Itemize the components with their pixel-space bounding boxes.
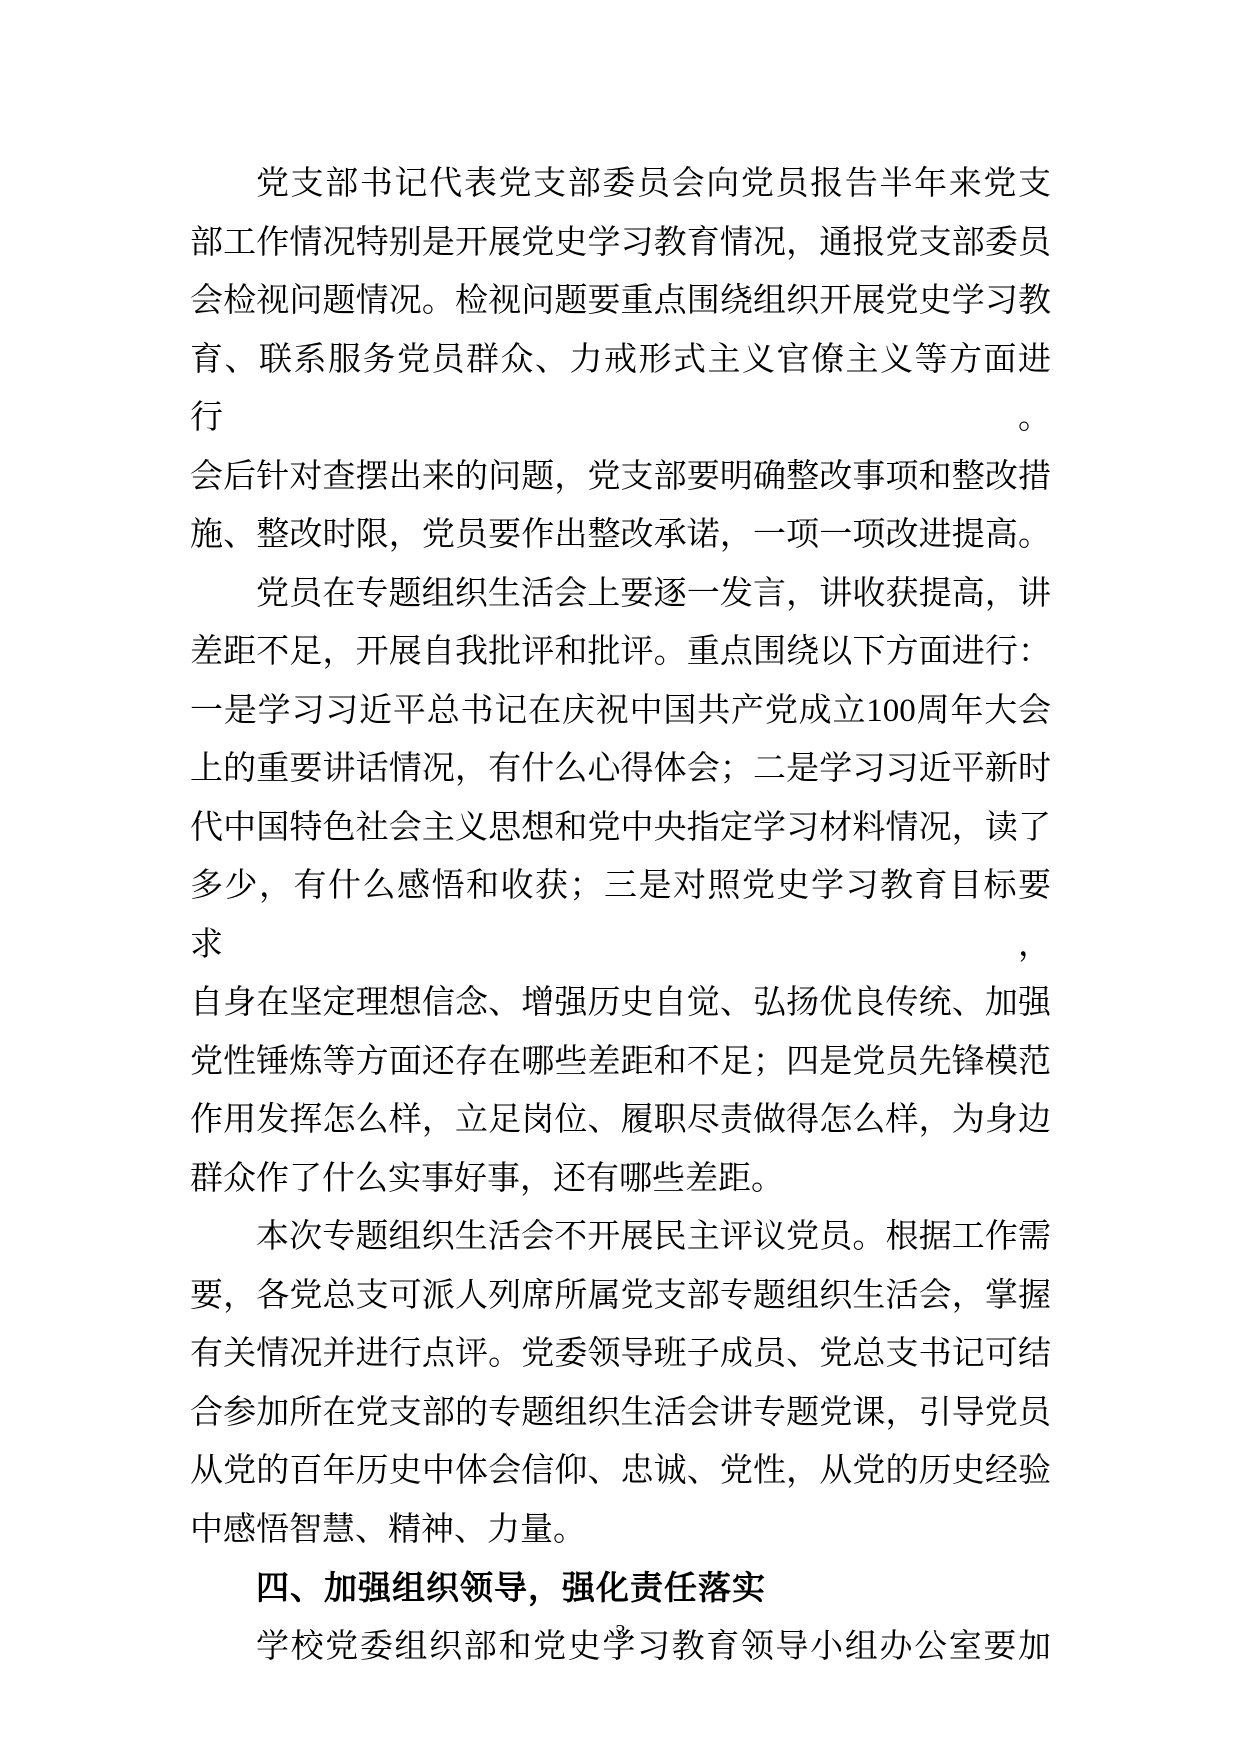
document-page: 党支部书记代表党支部委员会向党员报告半年来党支 部工作情况特别是开展党史学习教育… — [0, 0, 1241, 1755]
page-footer: 3 — [0, 1620, 1241, 1645]
text-line: 党性锤炼等方面还存在哪些差距和不足；四是党员先锋模范 — [190, 1033, 1051, 1092]
text-line: 育、联系服务党员群众、力戒形式主义官僚主义等方面进行。 — [190, 331, 1051, 448]
text-line: 中感悟智慧、精神、力量。 — [190, 1501, 1051, 1560]
text-line: 施、整改时限，党员要作出整改承诺，一项一项改进提高。 — [190, 506, 1051, 565]
text-line: 合参加所在党支部的专题组织生活会讲专题党课，引导党员 — [190, 1384, 1051, 1443]
text-line: 群众作了什么实事好事，还有哪些差距。 — [190, 1150, 1051, 1209]
section-heading-4: 四、加强组织领导，强化责任落实 — [190, 1559, 1051, 1618]
text-line: 部工作情况特别是开展党史学习教育情况，通报党支部委员 — [190, 214, 1051, 273]
text-line: 作用发挥怎么样，立足岗位、履职尽责做得怎么样，为身边 — [190, 1091, 1051, 1150]
text-line: 差距不足，开展自我批评和批评。重点围绕以下方面进行： — [190, 623, 1051, 682]
paragraph-member-speech: 党员在专题组织生活会上要逐一发言，讲收获提高，讲 差距不足，开展自我批评和批评。… — [190, 565, 1051, 1209]
paragraph-no-democratic-review: 本次专题组织生活会不开展民主评议党员。根据工作需 要，各党总支可派人列席所属党支… — [190, 1208, 1051, 1559]
text-line: 党员在专题组织生活会上要逐一发言，讲收获提高，讲 — [190, 565, 1051, 624]
text-line: 有关情况并进行点评。党委领导班子成员、党总支书记可结 — [190, 1325, 1051, 1384]
text-line: 会检视问题情况。检视问题要重点围绕组织开展党史学习教 — [190, 272, 1051, 331]
text-line: 从党的百年历史中体会信仰、忠诚、党性，从党的历史经验 — [190, 1442, 1051, 1501]
page-number: 3 — [615, 1620, 626, 1644]
text-line: 一是学习习近平总书记在庆祝中国共产党成立100周年大会 — [190, 682, 1051, 741]
document-body: 党支部书记代表党支部委员会向党员报告半年来党支 部工作情况特别是开展党史学习教育… — [190, 155, 1051, 1676]
text-line: 会后针对查摆出来的问题，党支部要明确整改事项和整改措 — [190, 448, 1051, 507]
text-line: 党支部书记代表党支部委员会向党员报告半年来党支 — [190, 155, 1051, 214]
text-line: 本次专题组织生活会不开展民主评议党员。根据工作需 — [190, 1208, 1051, 1267]
text-line: 代中国特色社会主义思想和党中央指定学习材料情况，读了 — [190, 799, 1051, 858]
text-line: 要，各党总支可派人列席所属党支部专题组织生活会，掌握 — [190, 1267, 1051, 1326]
text-line: 多少，有什么感悟和收获；三是对照党史学习教育目标要求， — [190, 857, 1051, 974]
paragraph-branch-report: 党支部书记代表党支部委员会向党员报告半年来党支 部工作情况特别是开展党史学习教育… — [190, 155, 1051, 565]
text-line: 上的重要讲话情况，有什么心得体会；二是学习习近平新时 — [190, 740, 1051, 799]
text-line: 自身在坚定理想信念、增强历史自觉、弘扬优良传统、加强 — [190, 974, 1051, 1033]
